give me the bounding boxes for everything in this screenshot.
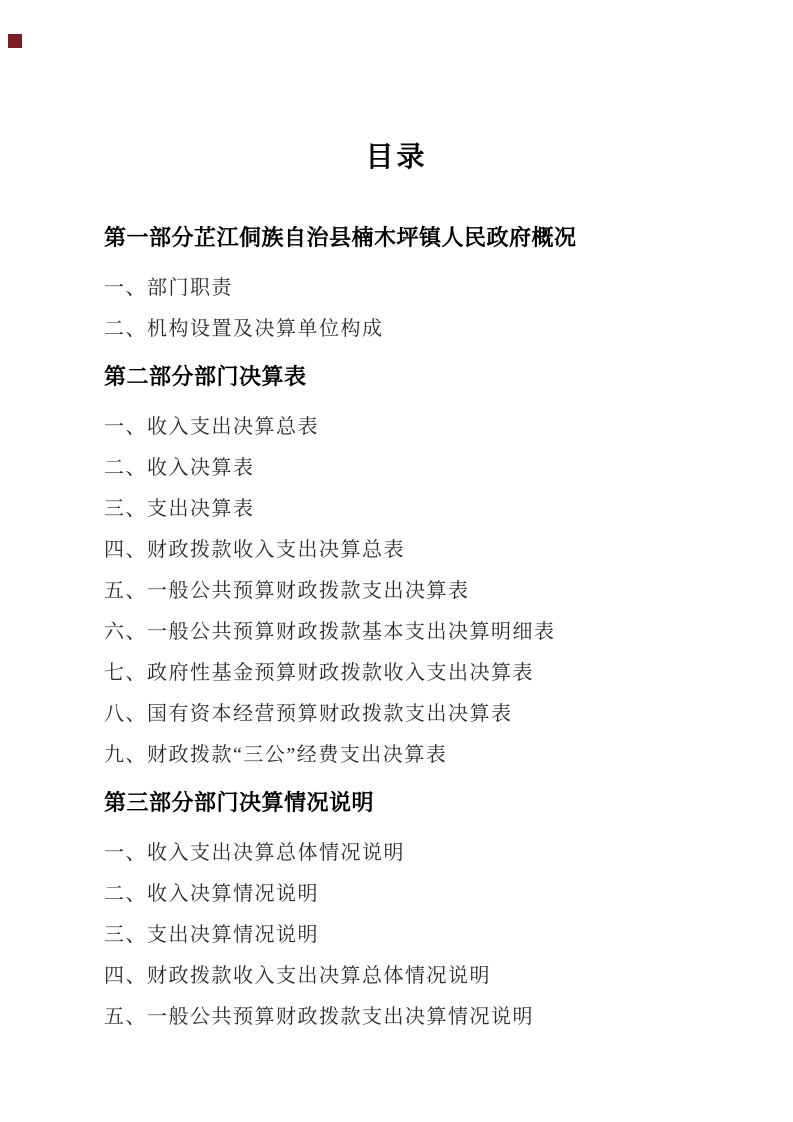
toc-content: 第一部分芷江侗族自治县楠木坪镇人民政府概况 一、部门职责 二、机构设置及决算单位… (0, 217, 793, 1038)
toc-item: 八、国有资本经营预算财政拨款支出决算表 (104, 694, 703, 735)
toc-item: 一、部门职责 (104, 268, 703, 309)
toc-section-heading: 第三部分部门决算情况说明 (104, 782, 703, 823)
toc-item: 七、政府性基金预算财政拨款收入支出决算表 (104, 653, 703, 694)
toc-item: 五、一般公共预算财政拨款支出决算表 (104, 571, 703, 612)
toc-item: 四、财政拨款收入支出决算总体情况说明 (104, 956, 703, 997)
toc-item: 六、一般公共预算财政拨款基本支出决算明细表 (104, 612, 703, 653)
toc-item: 一、收入支出决算总表 (104, 407, 703, 448)
document-page: 目录 第一部分芷江侗族自治县楠木坪镇人民政府概况 一、部门职责 二、机构设置及决… (0, 0, 793, 1122)
toc-item: 二、收入决算表 (104, 448, 703, 489)
toc-item: 一、收入支出决算总体情况说明 (104, 833, 703, 874)
toc-item: 二、机构设置及决算单位构成 (104, 309, 703, 350)
toc-item: 二、收入决算情况说明 (104, 874, 703, 915)
toc-item: 四、财政拨款收入支出决算总表 (104, 530, 703, 571)
toc-item: 三、支出决算情况说明 (104, 915, 703, 956)
toc-section-heading: 第一部分芷江侗族自治县楠木坪镇人民政府概况 (104, 217, 703, 258)
toc-item: 九、财政拨款“三公”经费支出决算表 (104, 735, 703, 776)
corner-marker (8, 34, 22, 48)
page-title: 目录 (0, 136, 793, 177)
toc-section-heading: 第二部分部门决算表 (104, 356, 703, 397)
toc-item: 三、支出决算表 (104, 489, 703, 530)
toc-item: 五、一般公共预算财政拨款支出决算情况说明 (104, 997, 703, 1038)
